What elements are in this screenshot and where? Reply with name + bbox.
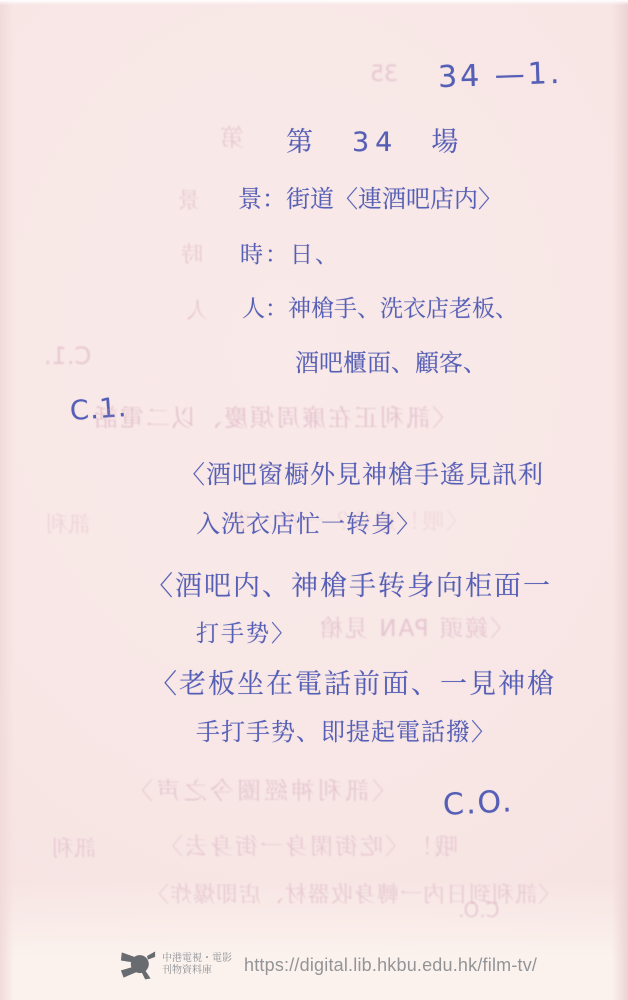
ghost-text: 人 — [186, 294, 208, 325]
archive-name-line1: 中港電視・電影 — [162, 953, 232, 965]
ghost-text: 〈鏡頭 PAN 見槍 — [318, 610, 513, 643]
time-line: 時：日、 — [240, 236, 340, 269]
action-line: 〈老板坐在電話前面、一見神槍 — [150, 662, 556, 701]
action-line: 手打手势、即提起電話撥〉 — [196, 712, 496, 747]
ghost-text: 35 — [370, 62, 398, 87]
cut-out-mark: C.O. — [442, 784, 514, 823]
studio-spotlight-icon — [120, 948, 156, 982]
cast-line-1: 人：神槍手、洗衣店老板、 — [242, 290, 518, 323]
scanned-page: 34 —1. 第 34 場 景：街道〈連酒吧店内〉 時：日、 人：神槍手、洗衣店… — [0, 0, 628, 1000]
ghost-text: C.O. — [458, 898, 500, 922]
setting-line: 景：街道〈連酒吧店内〉 — [238, 179, 502, 214]
action-line: 〈酒吧窗橱外見神槍手遙見訊利 — [180, 455, 544, 491]
cast-line-2: 酒吧櫃面、顧客、 — [295, 343, 487, 378]
ghost-text: 時 — [181, 238, 203, 269]
archive-name-line2: 刊物資料庫 — [162, 965, 232, 977]
scene-title: 第 34 場 — [286, 120, 464, 159]
ghost-text: 哦！〈吃街閑身一街身去〉 — [158, 828, 458, 861]
ghost-text: 訊利 — [52, 832, 96, 863]
action-line: 〈酒吧内、神槍手转身向柜面一 — [146, 564, 552, 603]
archive-name: 中港電視・電影 刊物資料庫 — [162, 953, 232, 977]
action-line: 打手势〉 — [196, 615, 296, 648]
archive-url: https://digital.lib.hkbu.edu.hk/film-tv/ — [244, 955, 537, 976]
archive-watermark: 中港電視・電影 刊物資料庫 https://digital.lib.hkbu.e… — [120, 948, 537, 982]
ghost-text: 〈喂！邊位？一声〉事 — [228, 505, 468, 536]
ghost-text: 景 — [178, 184, 200, 215]
ghost-text: 第 — [220, 118, 244, 153]
page-number: 34 —1. — [437, 56, 562, 95]
ghost-text: 〈訊利神經圈今之声〉 — [126, 771, 396, 806]
ghost-text: C.1. — [44, 342, 91, 370]
ghost-text: 〈訊利正在廉周煩慶、以二電話 — [92, 398, 456, 433]
ghost-text: 訊利 — [46, 508, 90, 539]
